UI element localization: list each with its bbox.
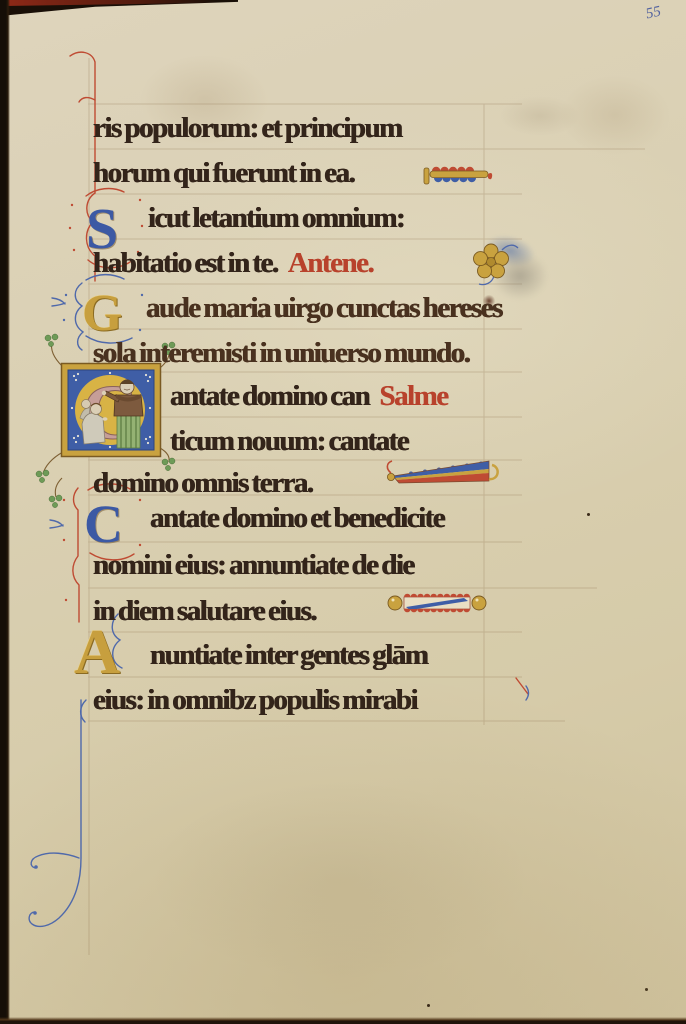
latin-text: domino omnis terra. xyxy=(93,467,313,499)
latin-text: eius: in omnibz populis mirabi xyxy=(93,684,417,716)
latin-text: horum qui fuerunt in ea. xyxy=(93,157,354,189)
latin-text: ris populorum: et principum xyxy=(93,112,402,144)
text-line-3: icut letantium omnium: xyxy=(148,199,404,237)
book-edge-left xyxy=(0,0,10,1024)
text-line-5: aude maria uirgo cunctas hereses xyxy=(146,289,502,327)
latin-text: nuntiate inter gentes glām xyxy=(150,639,427,671)
book-edge-bottom xyxy=(0,1017,686,1024)
latin-text: antate domino et benedicite xyxy=(150,502,444,534)
latin-text: antate domino can xyxy=(170,380,369,412)
text-line-7: antate domino canSalme xyxy=(170,377,448,415)
text-line-14: eius: in omnibz populis mirabi xyxy=(93,681,417,719)
latin-text: in diem salutare eius. xyxy=(93,595,316,627)
text-line-10: antate domino et benedicite xyxy=(150,499,444,537)
folio-number: 55 xyxy=(644,4,662,24)
latin-text: ticum nouum: cantate xyxy=(170,425,408,457)
historiated-initial-C: C xyxy=(60,362,162,458)
latin-text: icut letantium omnium: xyxy=(148,202,404,234)
text-line-13: nuntiate inter gentes glām xyxy=(150,636,427,674)
text-line-1: ris populorum: et principum xyxy=(93,109,402,147)
flower-sprig-icon xyxy=(466,240,520,290)
latin-text: aude maria uirgo cunctas hereses xyxy=(146,292,502,324)
latin-text: sola interemisti in uniuerso mundo. xyxy=(93,337,469,369)
line-filler-icon-1 xyxy=(422,161,494,189)
text-line-4: habitatio est in te.Antene. xyxy=(93,244,373,282)
text-line-12: in diem salutare eius. xyxy=(93,592,316,630)
initial-G: G xyxy=(82,288,122,340)
latin-text: nomini eius: annuntiate de die xyxy=(93,549,414,581)
text-line-9: domino omnis terra. xyxy=(93,464,313,502)
text-line-8: ticum nouum: cantate xyxy=(170,422,408,460)
text-line-6: sola interemisti in uniuerso mundo. xyxy=(93,334,469,372)
text-line-11: nomini eius: annuntiate de die xyxy=(93,546,414,584)
manuscript-photo: C xyxy=(0,0,686,1024)
text-line-2: horum qui fuerunt in ea. xyxy=(93,154,354,192)
rubric-antiphon: Antene. xyxy=(288,247,373,279)
line-filler-icon-3 xyxy=(384,587,490,619)
initial-C: C xyxy=(84,497,123,551)
latin-text: habitatio est in te. xyxy=(93,247,278,279)
rubric-psalm: Salme xyxy=(379,380,447,412)
